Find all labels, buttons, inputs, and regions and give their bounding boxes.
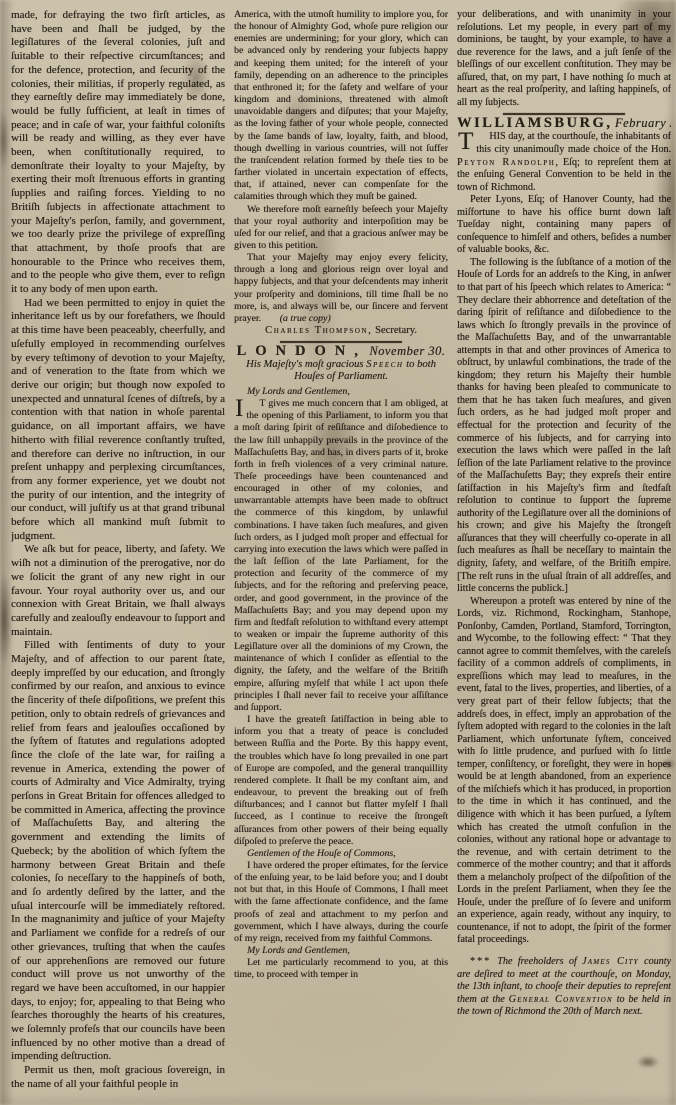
column-3: your deliberations, and with unanimity i… <box>457 9 671 1096</box>
williamsburg-dateline-city: WILLIAMSBURG, <box>457 115 612 131</box>
speech-word: Speech <box>366 359 403 370</box>
freeholders-notice-text-a: The freeholders of <box>497 956 582 967</box>
salutation-lords-1: My Lords and Gentlemen, <box>234 386 448 398</box>
petition-paragraph-inheritance: Had we been permitted to enjoy in quiet … <box>11 297 225 544</box>
williamsburg-dateline: WILLIAMSBURG, February 3. <box>457 117 671 132</box>
london-dateline-date: November 30. <box>369 344 445 358</box>
williamsburg-dateline-date: February 3. <box>615 116 671 130</box>
petition-paragraph-peace-liberty: We aſk but for peace, liberty, and ſafet… <box>11 543 225 639</box>
news-randolph-text-a: HIS day, at the courthouſe, the inhabita… <box>476 131 671 155</box>
petition-paragraph-sentiments: Filled with ſentiments of duty to your M… <box>11 639 225 1064</box>
column-1: made, for defraying the two firſt articl… <box>11 9 225 1096</box>
byline-charles-thompson: Charles Thompson, Secretary. <box>234 325 448 337</box>
kings-speech-paragraph-4: Let me particularly recommend to you, at… <box>234 957 448 981</box>
speech-subtitle-pre: His Majeſty's moſt gracious <box>246 359 366 370</box>
lords-address-paragraph: The following is the ſubſtance of a moti… <box>457 257 671 596</box>
speech-subtitle: His Majeſty's moſt gracious Speech to bo… <box>234 359 448 384</box>
salutation-lords-2: My Lords and Gentlemen, <box>234 945 448 957</box>
london-dateline-city: LONDON, <box>237 343 367 359</box>
asterism-mark: *** <box>470 956 491 967</box>
name-general-convention: General Convention <box>509 994 613 1005</box>
newspaper-page: made, for defraying the two firſt articl… <box>0 0 676 1096</box>
news-paragraph-lyons: Peter Lyons, Eſq; of Hanover County, had… <box>457 194 671 257</box>
column-2: America, with the utmoſt humility to imp… <box>234 9 448 1096</box>
lords-protest-paragraph: Whereupon a proteſt was entered by nine … <box>457 596 671 947</box>
kings-speech-paragraph-2: I have the greateſt ſatiſfaction in bein… <box>234 714 448 848</box>
salutation-commons: Gentlemen of the Houſe of Commons, <box>234 848 448 860</box>
true-copy-note: (a true copy) <box>280 313 331 324</box>
petition-paragraph-america: America, with the utmoſt humility to imp… <box>234 9 448 204</box>
drop-cap-t: T <box>457 131 476 152</box>
london-dateline: LONDON, November 30. <box>234 345 448 359</box>
kings-speech-paragraph-3: I have ordered the proper eſtimates, for… <box>234 860 448 945</box>
news-paragraph-randolph: THIS day, at the courthouſe, the inhabit… <box>457 131 671 194</box>
kings-speech-paragraph-5: your deliberations, and with unanimity i… <box>457 9 671 109</box>
freeholders-notice: ***The freeholders of James City county … <box>457 956 671 1019</box>
kings-speech-paragraph-1-text: T gives me much concern that I am oblige… <box>234 398 448 713</box>
name-peyton-randolph: Peyton Randolph <box>457 157 555 168</box>
petition-paragraph-prayer: That your Majeſty may enjoy every felici… <box>234 252 448 325</box>
secretary-title: Secretary. <box>375 325 417 336</box>
kings-speech-paragraph-1: IT gives me much concern that I am oblig… <box>234 398 448 714</box>
petition-paragraph-beseech: We therefore moſt earneſtly beſeech your… <box>234 204 448 253</box>
secretary-name: Charles Thompson, <box>265 325 372 336</box>
drop-cap-i: I <box>234 398 246 419</box>
petition-prayer-text: That your Majeſty may enjoy every felici… <box>234 252 448 324</box>
petition-paragraph-permit-us: Permit us then, moſt gracious ſovereign,… <box>11 1064 225 1091</box>
name-james-city: James City <box>582 956 639 967</box>
petition-paragraph-articles: made, for defraying the two firſt articl… <box>11 9 225 297</box>
